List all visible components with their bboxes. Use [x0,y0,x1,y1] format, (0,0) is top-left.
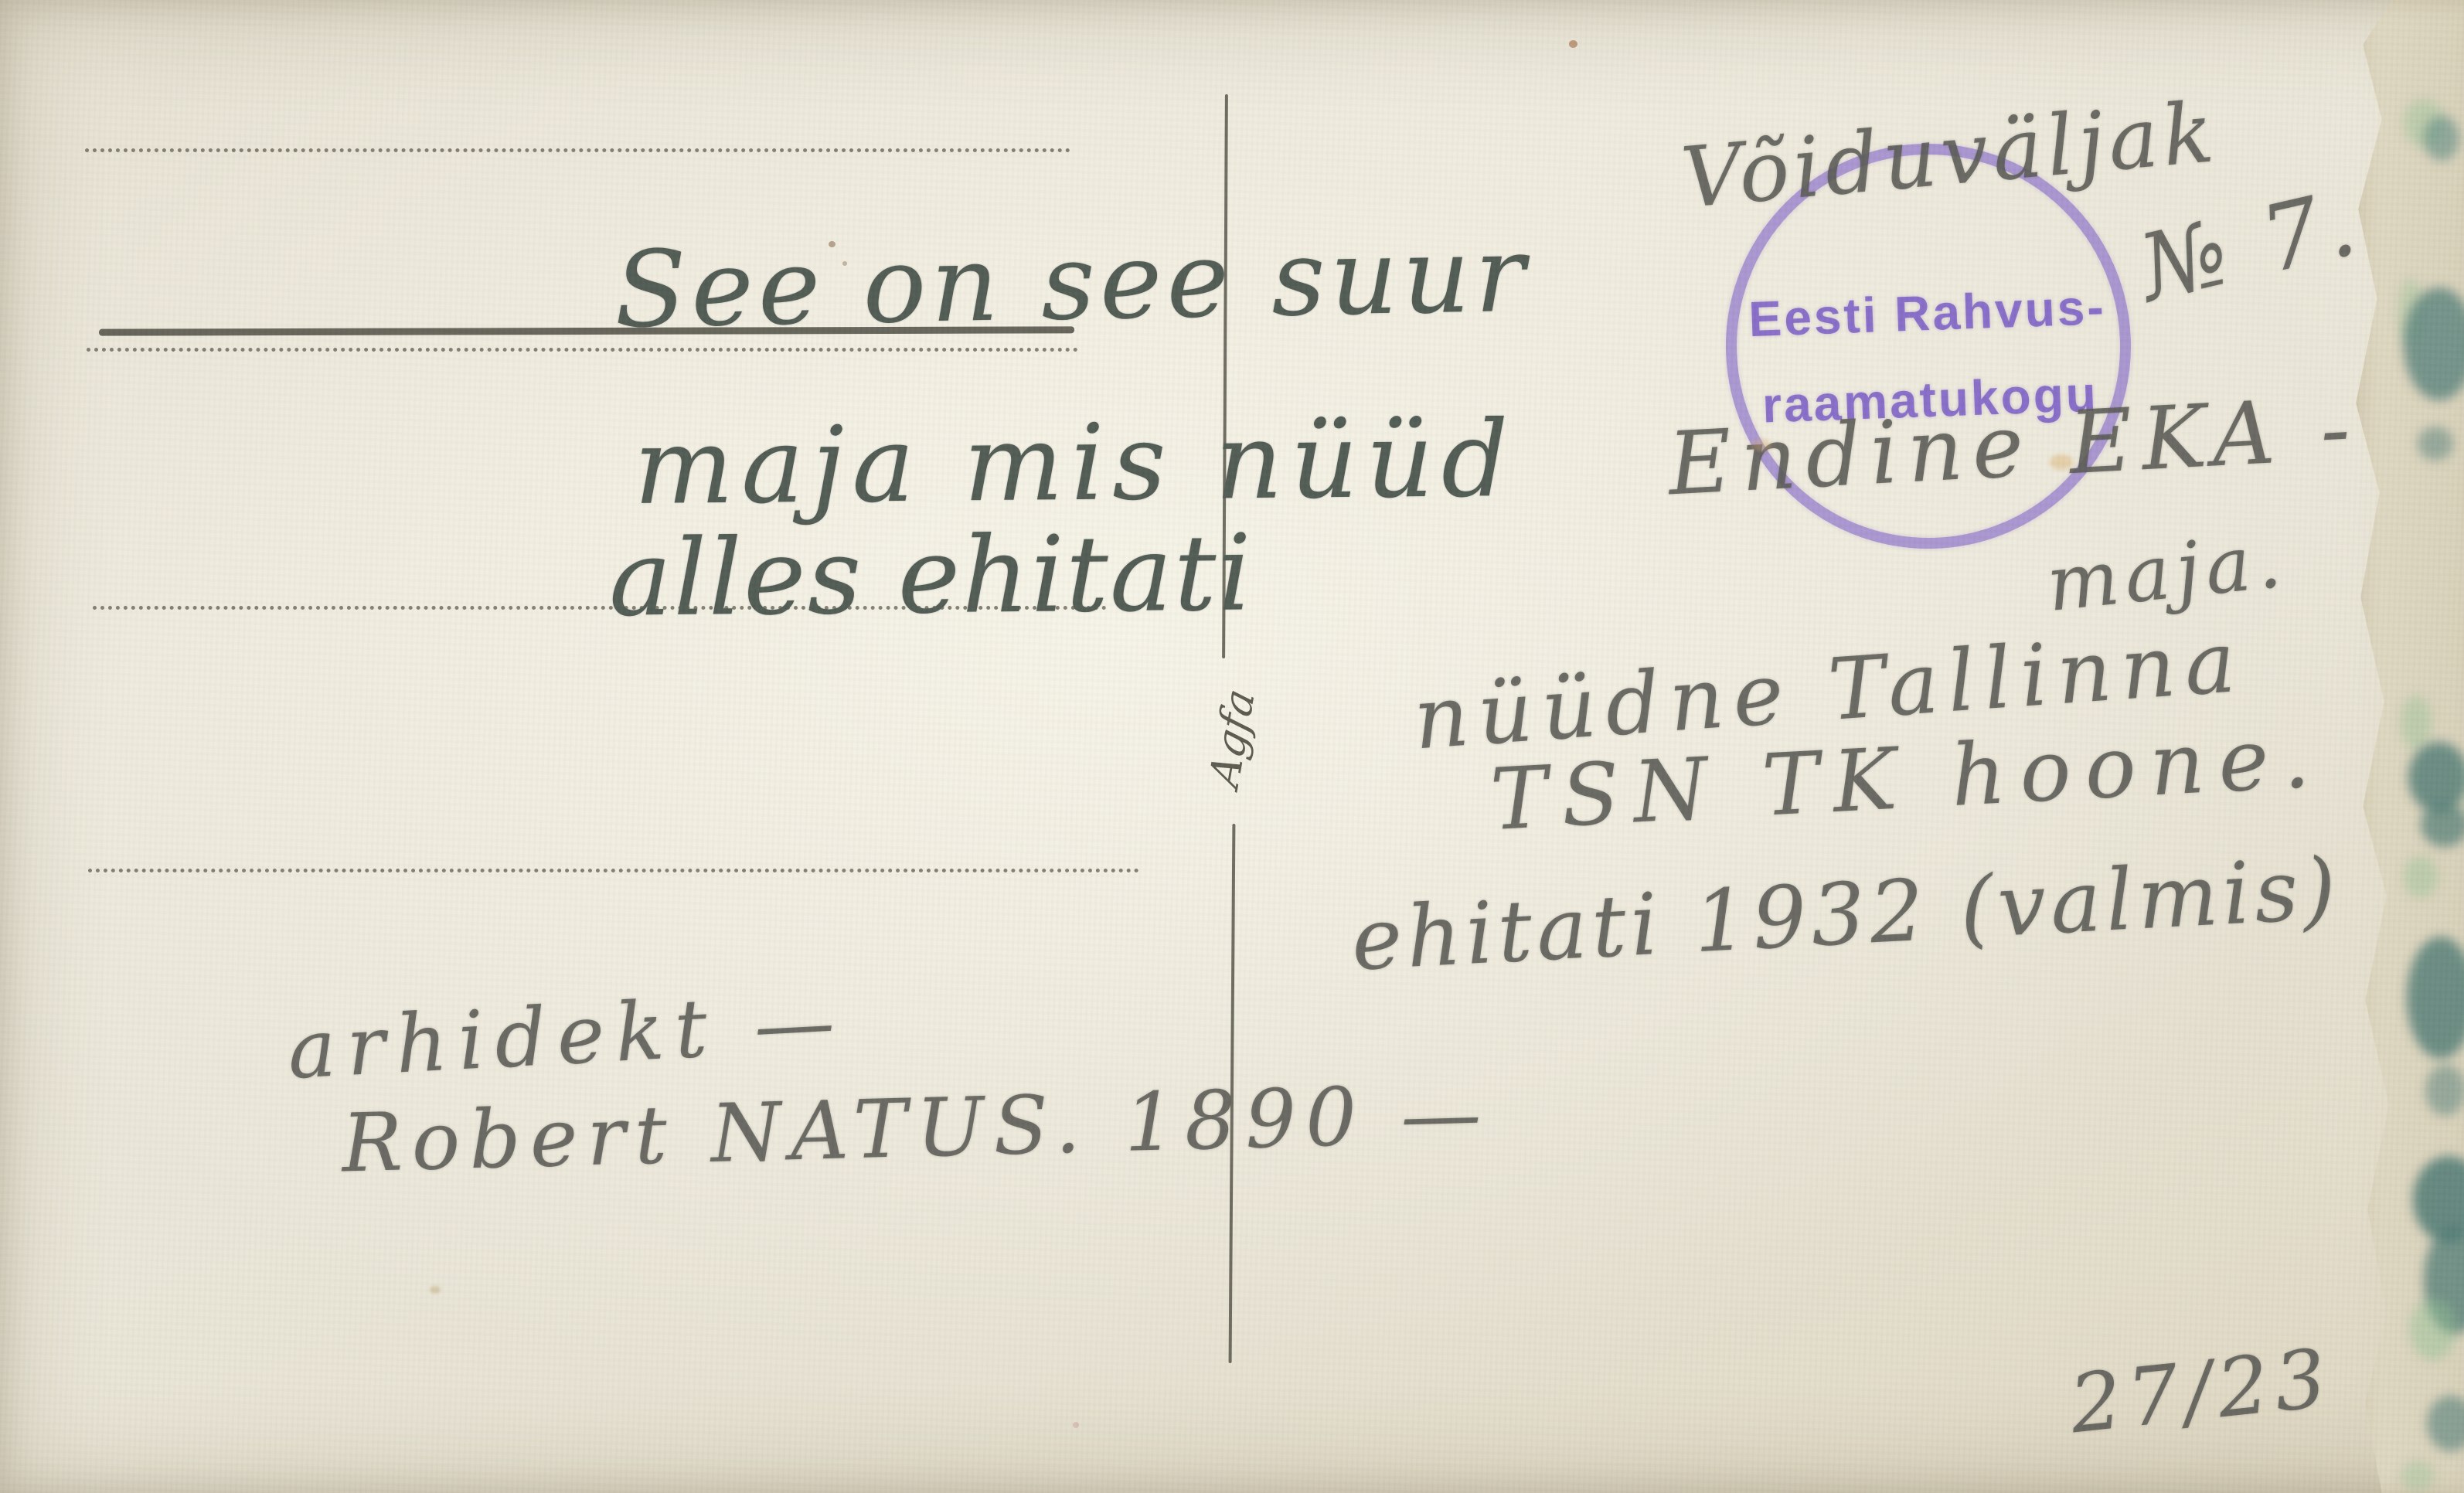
address-line-1: Võiduväljak [1679,91,2221,221]
foxing-speck [842,261,847,266]
stain-teal [2408,742,2464,813]
stain-teal [2407,937,2464,1059]
foxing-speck [1569,40,1577,48]
catalog-number: 27/23 [2066,1338,2336,1445]
address-rule-dotted-1 [85,148,1070,152]
stain-teal [2427,1396,2464,1451]
foxing-speck [2050,454,2073,470]
stain-fleck [2404,856,2438,898]
foxing-speck [829,241,836,247]
stain-teal [2418,427,2453,461]
stain-teal [2421,802,2464,847]
foxing-speck [1751,439,1771,451]
stain-teal [2404,287,2464,400]
message-line-1: See on see suur [614,223,1530,344]
message-line-3: alles ehitati [608,521,1253,631]
torn-edge-strip [2347,0,2464,1493]
stain-fleck [2401,1461,2435,1491]
stain-teal [2424,116,2459,161]
address-rule-dotted-4 [88,869,1139,872]
attribution-line-1: arhidekt — [286,981,847,1090]
stain-fleck [2401,695,2432,750]
address-rule-dotted-2 [87,348,1078,352]
agfa-brand-text: Agfa [1200,683,1264,792]
attribution-line-2: Robert NATUS. 1890 — [341,1073,1492,1184]
stain-teal [2425,1065,2464,1116]
note-line-ehitati-1932: ehitati 1932 (valmis) [1349,846,2343,983]
stain-fleck [2410,1298,2456,1360]
foxing-speck [430,1286,441,1294]
postcard-back-scan: Agfa Eesti Rahvus- raamatukogu See on se… [0,0,2464,1493]
address-line-2: № 7. [2132,175,2367,314]
note-line-maja: maja. [2044,522,2291,623]
foxing-speck [1073,1422,1079,1428]
message-line-2: maja mis nüüd [633,407,1516,520]
stamp-text-line1: Eesti Rahvus- [1748,278,2107,348]
